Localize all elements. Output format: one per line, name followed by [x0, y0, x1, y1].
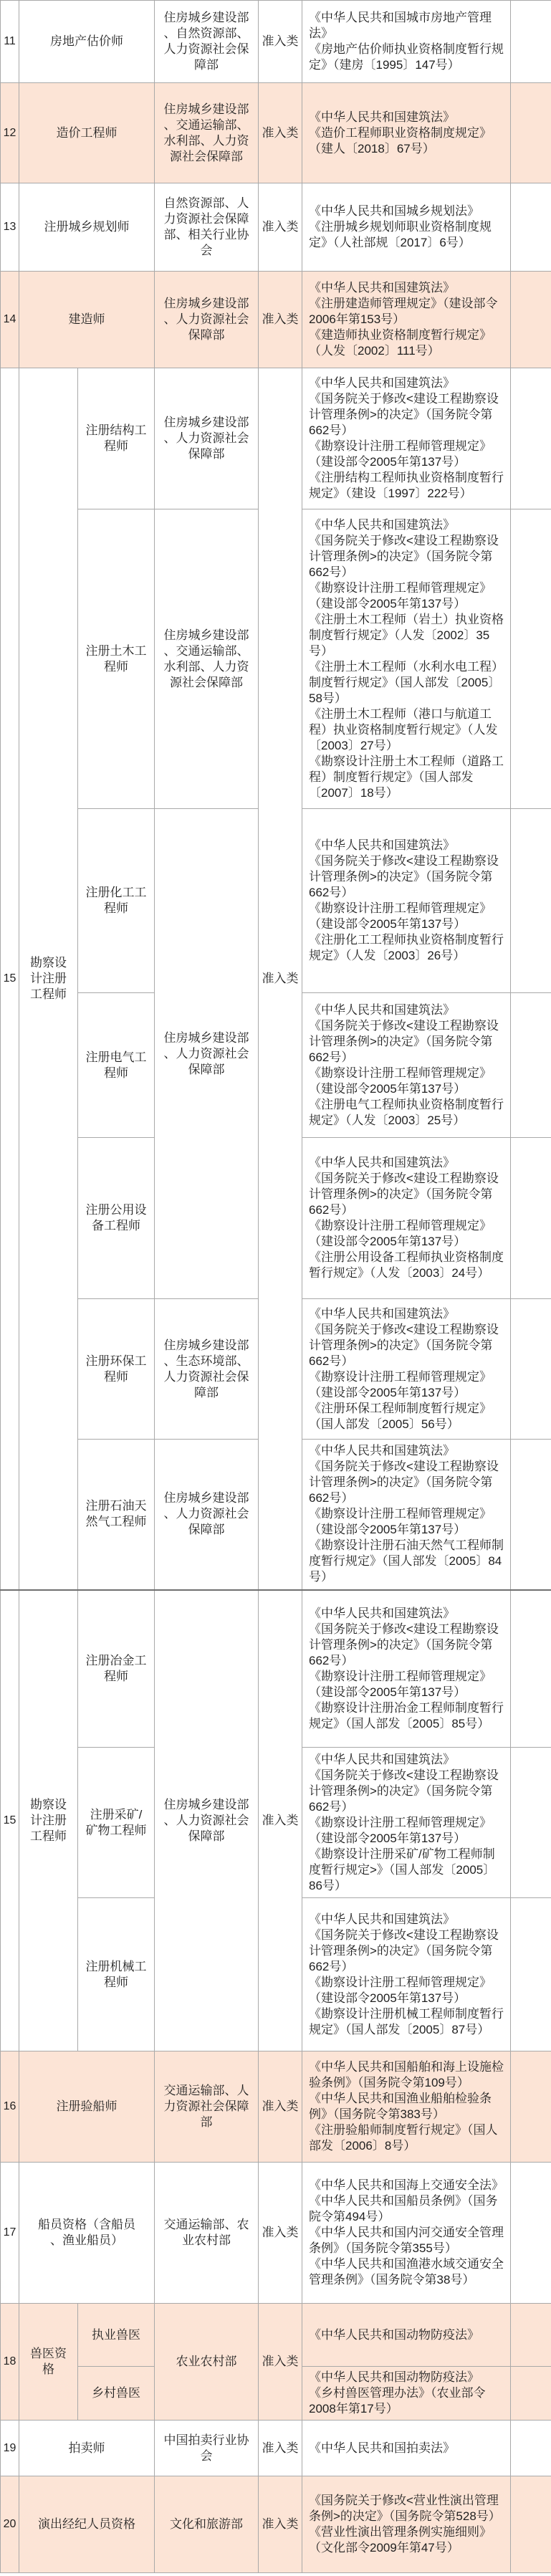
spacer-cell — [511, 993, 551, 1138]
table-row: 15勘察设 计注册 工程师注册结构工 程师住房城乡建设部 、人力资源社会 保障部… — [1, 368, 551, 509]
row-number-cell: 19 — [1, 2421, 19, 2476]
legal-basis-cell: 《中华人民共和国建筑法》 《国务院关于修改<建设工程勘察设计管理条例>的决定》（… — [302, 993, 511, 1138]
qualification-name-cell: 房地产估价师 — [19, 1, 155, 83]
row-number-cell: 14 — [1, 272, 19, 368]
spacer-cell — [511, 2367, 551, 2421]
legal-basis-cell: 《中华人民共和国动物防疫法》 — [302, 2304, 511, 2367]
qualification-name-cell: 注册验船师 — [19, 2051, 155, 2163]
spacer-cell — [511, 368, 551, 509]
table-row: 18兽医资 格执业兽医农业农村部准入类《中华人民共和国动物防疫法》 — [1, 2304, 551, 2367]
category-cell: 准入类 — [259, 2304, 302, 2421]
legal-basis-cell: 《中华人民共和国建筑法》 《国务院关于修改<建设工程勘察设计管理条例>的决定》（… — [302, 1138, 511, 1299]
spacer-cell — [511, 1299, 551, 1440]
category-cell: 准入类 — [259, 2421, 302, 2476]
spacer-cell — [511, 809, 551, 993]
sub-qualification-cell: 注册化工工 程师 — [78, 809, 155, 993]
sub-qualification-cell: 注册公用设 备工程师 — [78, 1138, 155, 1299]
department-cell: 住房城乡建设部 、人力资源社会 保障部 — [155, 368, 259, 509]
sub-qualification-cell: 注册环保工 程师 — [78, 1299, 155, 1440]
spacer-cell — [511, 183, 551, 272]
category-cell: 准入类 — [259, 183, 302, 272]
qualification-name-cell: 拍卖师 — [19, 2421, 155, 2476]
table-row: 20演出经纪人员资格文化和旅游部准入类《国务院关于修改<营业性演出管理条例>的决… — [1, 2476, 551, 2573]
department-cell: 交通运输部、农 业农村部 — [155, 2163, 259, 2304]
spacer-cell — [511, 2163, 551, 2304]
department-cell: 自然资源部、人 力资源社会保障 部、相关行业协 会 — [155, 183, 259, 272]
row-number-cell: 16 — [1, 2051, 19, 2163]
spacer-cell — [511, 1748, 551, 1898]
department-cell: 住房城乡建设部 、人力资源社会 保障部 — [155, 1440, 259, 1590]
spacer-cell — [511, 2476, 551, 2573]
legal-basis-cell: 《中华人民共和国建筑法》 《国务院关于修改<建设工程勘察设计管理条例>的决定》（… — [302, 1299, 511, 1440]
category-cell: 准入类 — [259, 2051, 302, 2163]
legal-basis-cell: 《中华人民共和国建筑法》 《国务院关于修改<建设工程勘察设计管理条例>的决定》（… — [302, 1440, 511, 1590]
spacer-cell — [511, 509, 551, 809]
department-cell: 住房城乡建设部 、人力资源社会 保障部 — [155, 1590, 259, 2051]
department-cell: 住房城乡建设部 、交通运输部、 水利部、人力资 源社会保障部 — [155, 509, 259, 809]
table-row: 19拍卖师中国拍卖行业协 会准入类《中华人民共和国拍卖法》 — [1, 2421, 551, 2476]
spacer-cell — [511, 2421, 551, 2476]
legal-basis-cell: 《中华人民共和国建筑法》 《国务院关于修改<建设工程勘察设计管理条例>的决定》（… — [302, 1590, 511, 1748]
table-row: 11房地产估价师住房城乡建设部 、自然资源部、 人力资源社会保 障部准入类《中华… — [1, 1, 551, 83]
legal-basis-cell: 《中华人民共和国建筑法》 《造价工程师职业资格制度规定》（建人〔2018〕67号… — [302, 83, 511, 183]
table-row: 13注册城乡规划师自然资源部、人 力资源社会保障 部、相关行业协 会准入类《中华… — [1, 183, 551, 272]
spacer-cell — [511, 1440, 551, 1590]
legal-basis-cell: 《中华人民共和国动物防疫法》 《乡村兽医管理办法》（农业部令2008年第17号） — [302, 2367, 511, 2421]
category-cell: 准入类 — [259, 368, 302, 1590]
table-row: 17船员资格（含船员 、渔业船员）交通运输部、农 业农村部准入类《中华人民共和国… — [1, 2163, 551, 2304]
sub-qualification-cell: 注册石油天 然气工程师 — [78, 1440, 155, 1590]
legal-basis-cell: 《中华人民共和国建筑法》 《国务院关于修改<建设工程勘察设计管理条例>的决定》（… — [302, 368, 511, 509]
qualification-name-cell: 建造师 — [19, 272, 155, 368]
sub-qualification-cell: 注册机械工 程师 — [78, 1898, 155, 2051]
qualification-name-cell: 船员资格（含船员 、渔业船员） — [19, 2163, 155, 2304]
department-cell: 住房城乡建设部 、人力资源社会 保障部 — [155, 272, 259, 368]
legal-basis-cell: 《中华人民共和国建筑法》 《注册建造师管理规定》（建设部令2006年第153号）… — [302, 272, 511, 368]
legal-basis-cell: 《中华人民共和国建筑法》 《国务院关于修改<建设工程勘察设计管理条例>的决定》（… — [302, 1748, 511, 1898]
category-cell: 准入类 — [259, 83, 302, 183]
table-row: 12造价工程师住房城乡建设部 、交通运输部、 水利部、人力资 源社会保障部准入类… — [1, 83, 551, 183]
legal-basis-cell: 《国务院关于修改<营业性演出管理条例>的决定》（国务院令第528号） 《营业性演… — [302, 2476, 511, 2573]
group-name-cell: 勘察设 计注册 工程师 — [19, 1590, 78, 2051]
spacer-cell — [511, 2051, 551, 2163]
row-number-cell: 11 — [1, 1, 19, 83]
table-row: 15勘察设 计注册 工程师注册冶金工 程师住房城乡建设部 、人力资源社会 保障部… — [1, 1590, 551, 1748]
category-cell: 准入类 — [259, 272, 302, 368]
group-name-cell: 兽医资 格 — [19, 2304, 78, 2421]
sub-qualification-cell: 注册结构工 程师 — [78, 368, 155, 509]
department-cell: 住房城乡建设部 、生态环境部、 人力资源社会保 障部 — [155, 1299, 259, 1440]
category-cell: 准入类 — [259, 1590, 302, 2051]
department-cell: 文化和旅游部 — [155, 2476, 259, 2573]
department-cell: 住房城乡建设部 、人力资源社会 保障部 — [155, 809, 259, 1299]
qualification-name-cell: 造价工程师 — [19, 83, 155, 183]
spacer-cell — [511, 1590, 551, 1748]
department-cell: 住房城乡建设部 、自然资源部、 人力资源社会保 障部 — [155, 1, 259, 83]
sub-qualification-cell: 注册冶金工 程师 — [78, 1590, 155, 1748]
row-number-cell: 12 — [1, 83, 19, 183]
row-number-cell: 18 — [1, 2304, 19, 2421]
legal-basis-cell: 《中华人民共和国船舶和海上设施检验条例》（国务院令第109号） 《中华人民共和国… — [302, 2051, 511, 2163]
spacer-cell — [511, 2304, 551, 2367]
department-cell: 中国拍卖行业协 会 — [155, 2421, 259, 2476]
qualification-name-cell: 演出经纪人员资格 — [19, 2476, 155, 2573]
spacer-cell — [511, 1138, 551, 1299]
spacer-cell — [511, 83, 551, 183]
sub-qualification-cell: 注册土木工 程师 — [78, 509, 155, 809]
spacer-cell — [511, 1, 551, 83]
legal-basis-cell: 《中华人民共和国拍卖法》 — [302, 2421, 511, 2476]
qualification-table: 11房地产估价师住房城乡建设部 、自然资源部、 人力资源社会保 障部准入类《中华… — [0, 0, 551, 2573]
row-number-cell: 20 — [1, 2476, 19, 2573]
sub-qualification-cell: 执业兽医 — [78, 2304, 155, 2367]
row-number-cell: 15 — [1, 368, 19, 1590]
department-cell: 交通运输部、人 力资源社会保障 部 — [155, 2051, 259, 2163]
row-number-cell: 15 — [1, 1590, 19, 2051]
spacer-cell — [511, 1898, 551, 2051]
legal-basis-cell: 《中华人民共和国城乡规划法》 《注册城乡规划师职业资格制度规定》（人社部规〔20… — [302, 183, 511, 272]
sub-qualification-cell: 注册电气工 程师 — [78, 993, 155, 1138]
department-cell: 住房城乡建设部 、交通运输部、 水利部、人力资 源社会保障部 — [155, 83, 259, 183]
legal-basis-cell: 《中华人民共和国建筑法》 《国务院关于修改<建设工程勘察设计管理条例>的决定》（… — [302, 509, 511, 809]
category-cell: 准入类 — [259, 2476, 302, 2573]
sub-qualification-cell: 乡村兽医 — [78, 2367, 155, 2421]
row-number-cell: 13 — [1, 183, 19, 272]
legal-basis-cell: 《中华人民共和国建筑法》 《国务院关于修改<建设工程勘察设计管理条例>的决定》（… — [302, 1898, 511, 2051]
legal-basis-cell: 《中华人民共和国海上交通安全法》 《中华人民共和国船员条例》（国务院令第494号… — [302, 2163, 511, 2304]
department-cell: 农业农村部 — [155, 2304, 259, 2421]
legal-basis-cell: 《中华人民共和国城市房地产管理法》 《房地产估价师执业资格制度暂行规定》（建房〔… — [302, 1, 511, 83]
sub-qualification-cell: 注册采矿/ 矿物工程师 — [78, 1748, 155, 1898]
group-name-cell: 勘察设 计注册 工程师 — [19, 368, 78, 1590]
category-cell: 准入类 — [259, 1, 302, 83]
spacer-cell — [511, 272, 551, 368]
qualification-name-cell: 注册城乡规划师 — [19, 183, 155, 272]
table-row: 16注册验船师交通运输部、人 力资源社会保障 部准入类《中华人民共和国船舶和海上… — [1, 2051, 551, 2163]
document-page: 11房地产估价师住房城乡建设部 、自然资源部、 人力资源社会保 障部准入类《中华… — [0, 0, 551, 2576]
legal-basis-cell: 《中华人民共和国建筑法》 《国务院关于修改<建设工程勘察设计管理条例>的决定》（… — [302, 809, 511, 993]
row-number-cell: 17 — [1, 2163, 19, 2304]
category-cell: 准入类 — [259, 2163, 302, 2304]
table-row: 14建造师住房城乡建设部 、人力资源社会 保障部准入类《中华人民共和国建筑法》 … — [1, 272, 551, 368]
